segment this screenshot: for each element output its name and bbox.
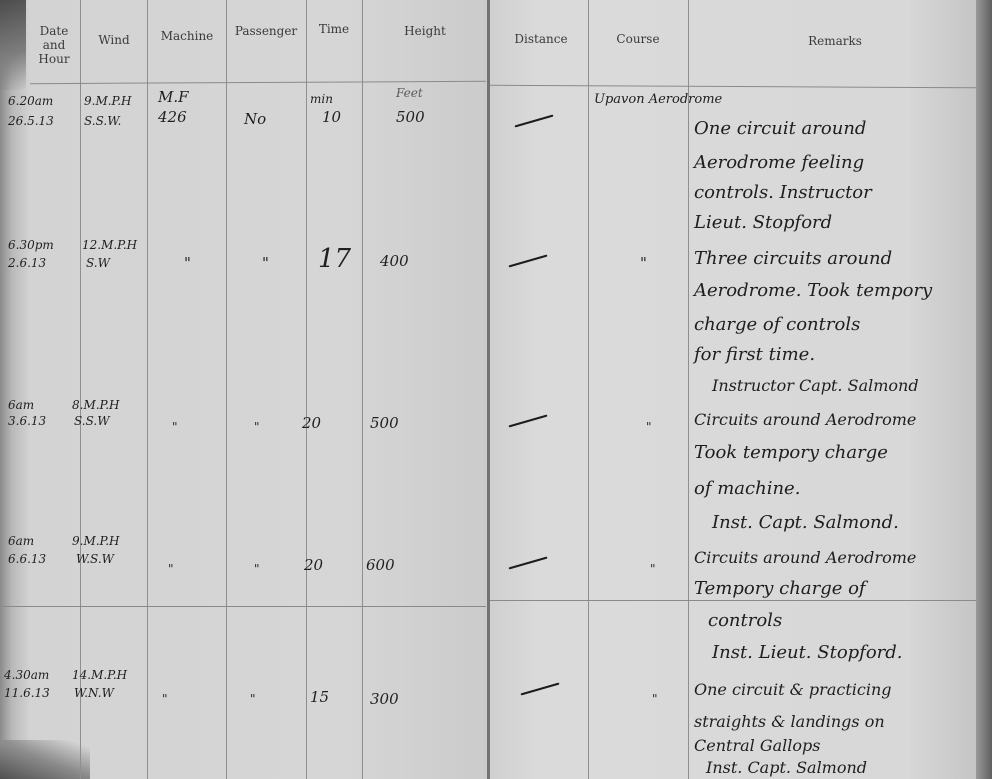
entry-5-height: 300 — [370, 690, 399, 708]
entry-4-wind-dir: W.S.W — [76, 552, 114, 566]
entry-5-remark-line-4: Central Gallops — [694, 736, 820, 755]
entry-4-passenger: " — [254, 562, 260, 576]
header-course: Course — [590, 32, 686, 46]
entry-2-remark-line-3: charge of controls — [694, 314, 860, 335]
column-rule — [362, 0, 363, 779]
book-spine — [487, 0, 490, 779]
entry-5-time: 15 — [310, 688, 329, 706]
entry-3-wind-dir: S.S.W — [74, 414, 110, 428]
column-rule — [226, 0, 227, 779]
entry-3-course-ditto: " — [646, 420, 652, 434]
entry-4-wind-speed: 9.M.P.H — [72, 534, 119, 548]
entry-3-wind-speed: 8.M.P.H — [72, 398, 119, 412]
entry-5-machine-ditto: " — [162, 692, 168, 706]
header-time: Time — [308, 22, 360, 36]
entry-2-wind-dir: S.W — [86, 256, 110, 270]
entry-3-passenger: " — [254, 420, 260, 434]
entry-5-passenger: " — [250, 692, 256, 706]
entry-1-course: Upavon Aerodrome — [594, 92, 722, 107]
header-wind: Wind — [82, 33, 146, 47]
entry-2-remark-line-1: Three circuits around — [694, 248, 892, 269]
entry-3-remark-line-1: Instructor Capt. Salmond — [712, 376, 919, 395]
entry-3-hour: 6am — [8, 398, 34, 412]
entry-2-course-ditto: " — [640, 254, 647, 272]
entry-1-machine-number: 426 — [158, 108, 187, 126]
entry-1-height: 500 — [396, 108, 425, 126]
entry-3-height: 500 — [370, 414, 399, 432]
entry-1-date: 26.5.13 — [8, 114, 54, 128]
entry-4-machine-ditto: " — [168, 562, 174, 576]
entry-2-date: 2.6.13 — [8, 256, 46, 270]
header-height: Height — [364, 24, 486, 38]
entry-4-time: 20 — [304, 556, 323, 574]
entry-4-date: 6.6.13 — [8, 552, 46, 566]
entry-4-height: 600 — [366, 556, 395, 574]
entry-1-remark-line-1: One circuit around — [694, 118, 866, 139]
entry-2-hour: 6.30pm — [8, 238, 54, 252]
book-edge — [976, 0, 992, 779]
row-rule — [490, 600, 976, 601]
entry-4-remark-line-1: Inst. Capt. Salmond. — [712, 512, 899, 533]
entry-1-remark-line-4: Lieut. Stopford — [694, 212, 832, 233]
entry-5-remark-line-1: Inst. Lieut. Stopford. — [712, 642, 903, 663]
entry-1-remark-line-3: controls. Instructor — [694, 182, 872, 203]
time-unit-label: min — [310, 92, 333, 106]
entry-5-date: 11.6.13 — [4, 686, 50, 700]
row-rule — [0, 606, 486, 607]
entry-2-remark-line-2: Aerodrome. Took tempory — [694, 280, 932, 301]
entry-5-remark-line-5: Inst. Capt. Salmond — [706, 758, 867, 777]
column-rule — [80, 0, 81, 779]
entry-1-machine-type: M.F — [158, 88, 189, 106]
entry-5-course-ditto: " — [652, 692, 658, 706]
column-rule — [306, 0, 307, 779]
entry-4-remark-line-4: controls — [708, 610, 782, 631]
entry-4-course-ditto: " — [650, 562, 656, 576]
header-machine: Machine — [150, 29, 224, 43]
entry-3-remark-line-4: of machine. — [694, 478, 800, 499]
entry-5-wind-dir: W.N.W — [74, 686, 114, 700]
entry-2-remark-line-4: for first time. — [694, 344, 815, 365]
entry-1-remark-line-2: Aerodrome feeling — [694, 152, 864, 173]
entry-4-remark-line-2: Circuits around Aerodrome — [694, 548, 916, 567]
column-rule — [688, 0, 689, 779]
entry-4-hour: 6am — [8, 534, 34, 548]
header-date-hour: Date and Hour — [30, 24, 78, 66]
entry-2-wind-speed: 12.M.P.H — [82, 238, 137, 252]
page-bottom-shadow — [0, 740, 90, 779]
page-corner-shadow — [0, 0, 26, 90]
entry-1-time: 10 — [322, 108, 341, 126]
entry-4-remark-line-3: Tempory charge of — [694, 578, 866, 599]
entry-2-passenger: " — [262, 254, 269, 272]
entry-3-machine-ditto: " — [172, 420, 178, 434]
entry-3-date: 3.6.13 — [8, 414, 46, 428]
entry-3-remark-line-3: Took tempory charge — [694, 442, 888, 463]
entry-1-wind-dir: S.S.W. — [84, 114, 121, 128]
entry-1-passenger: No — [244, 110, 266, 128]
entry-1-wind-speed: 9.M.P.H — [84, 94, 131, 108]
entry-2-time: 17 — [318, 244, 351, 274]
entry-2-height: 400 — [380, 252, 409, 270]
column-rule — [147, 0, 148, 779]
entry-5-remark-line-2: One circuit & practicing — [694, 680, 892, 699]
header-distance: Distance — [496, 32, 586, 46]
entry-5-wind-speed: 14.M.P.H — [72, 668, 127, 682]
column-rule — [588, 0, 589, 779]
entry-5-remark-line-3: straights & landings on — [694, 712, 885, 731]
entry-3-time: 20 — [302, 414, 321, 432]
log-book-spread: Date and Hour Wind Machine Passenger Tim… — [0, 0, 992, 779]
entry-2-machine-ditto: " — [184, 254, 191, 272]
height-unit-label: Feet — [396, 86, 423, 100]
entry-5-hour: 4.30am — [4, 668, 49, 682]
header-remarks: Remarks — [690, 34, 980, 48]
header-passenger: Passenger — [228, 24, 304, 38]
entry-1-hour: 6.20am — [8, 94, 53, 108]
entry-3-remark-line-2: Circuits around Aerodrome — [694, 410, 916, 429]
